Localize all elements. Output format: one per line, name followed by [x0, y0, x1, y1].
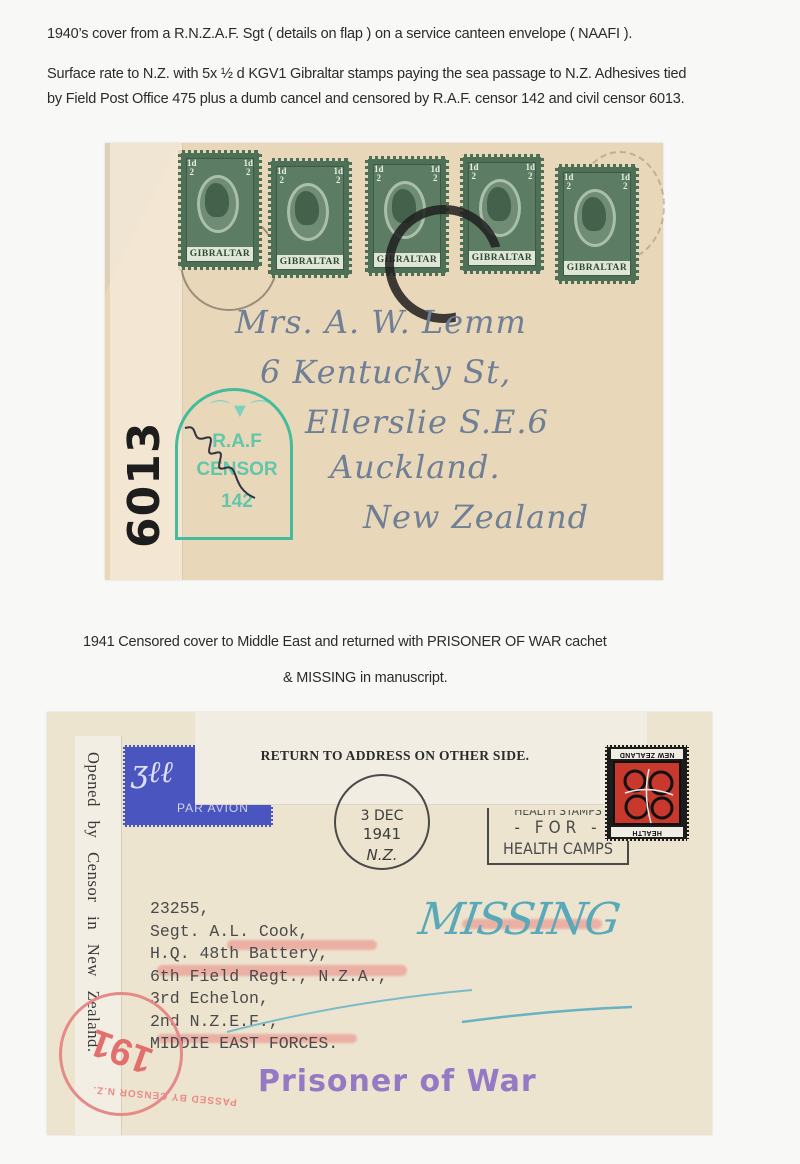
airmail-script-icon: ʒℓℓ: [131, 755, 173, 790]
cover-1-envelope: 6013 1d21d2GIBRALTAR1d21d2GIBRALTAR1d21d…: [105, 143, 663, 580]
censor-signature: [180, 418, 260, 503]
blue-crayon-lines: [222, 952, 642, 1042]
civil-censor-number: 6013: [119, 388, 179, 548]
cover-1-caption-desc-2: by Field Post Office 475 plus a dumb can…: [47, 91, 684, 107]
stamp-country: GIBRALTAR: [187, 247, 253, 261]
postmark-year: 1941: [347, 825, 417, 843]
stamp-value: 1d2: [374, 165, 384, 183]
address-line-1: Mrs. A. W. Lemm: [235, 303, 527, 341]
nz-health-stamp: NEW ZEALAND HEALTH: [605, 745, 689, 841]
stamp-country: GIBRALTAR: [564, 261, 630, 275]
censor-ring-text: PASSED BY CENSOR N.Z.: [92, 1084, 238, 1108]
stamp-value: 1d2: [564, 173, 574, 191]
stamp-value: 1d2: [333, 167, 343, 185]
prisoner-of-war-cachet: Prisoner of War: [258, 1064, 537, 1099]
return-to-address-text: RETURN TO ADDRESS ON OTHER SIDE.: [195, 748, 595, 764]
cover-1-caption-desc-1: Surface rate to N.Z. with 5x ½ d KGV1 Gi…: [47, 66, 686, 82]
censor-number: 191: [85, 1019, 159, 1081]
stamp-country: GIBRALTAR: [469, 251, 535, 265]
cover-2-caption-title: 1941 Censored cover to Middle East and r…: [83, 634, 607, 650]
cover-2-envelope: ʒℓℓ PAR AVION RETURN TO ADDRESS ON OTHER…: [47, 712, 712, 1135]
stamp-bottom-text: HEALTH: [611, 827, 683, 837]
stamp-value: 1d2: [187, 159, 197, 177]
king-portrait-icon: [487, 187, 511, 221]
stamp-top-text: NEW ZEALAND: [611, 749, 683, 759]
maori-pattern-icon: [615, 763, 683, 827]
gibraltar-stamp: 1d21d2GIBRALTAR: [268, 158, 352, 278]
stamp-country: GIBRALTAR: [277, 255, 343, 269]
stamp-maori-design: [613, 761, 681, 825]
stamp-value: 1d2: [469, 163, 479, 181]
typed-address-line: 23255,: [150, 898, 388, 921]
gibraltar-stamp: 1d21d2GIBRALTAR: [178, 150, 262, 270]
typed-address-line: Segt. A.L. Cook,: [150, 921, 388, 944]
cover-1-caption-title: 1940’s cover from a R.N.Z.A.F. Sgt ( det…: [47, 26, 632, 42]
stamp-value: 1d2: [620, 173, 630, 191]
king-portrait-icon: [205, 183, 229, 217]
king-portrait-icon: [582, 197, 606, 231]
address-line-2: 6 Kentucky St,: [260, 353, 511, 391]
eagle-icon: ⌒▼⌒: [210, 403, 262, 419]
passed-by-censor-mark: 191 PASSED BY CENSOR N.Z.: [59, 992, 183, 1116]
king-portrait-icon: [295, 191, 319, 225]
address-line-4: Auckland.: [330, 448, 501, 486]
stamp-value: 1d2: [525, 163, 535, 181]
gibraltar-stamp: 1d21d2GIBRALTAR: [555, 164, 639, 284]
stamp-value: 1d2: [243, 159, 253, 177]
postmark-country: N.Z.: [347, 846, 417, 864]
address-line-3: Ellerslie S.E.6: [305, 403, 549, 441]
address-line-5: New Zealand: [363, 498, 589, 536]
stamp-value: 1d2: [277, 167, 287, 185]
slogan-line-3: HEALTH CAMPS: [489, 839, 627, 858]
cover-2-caption-subtitle: & MISSING in manuscript.: [283, 670, 447, 686]
stamp-value: 1d2: [430, 165, 440, 183]
missing-manuscript: MISSING: [415, 894, 621, 945]
postmark-day: 3 DEC: [347, 808, 417, 824]
